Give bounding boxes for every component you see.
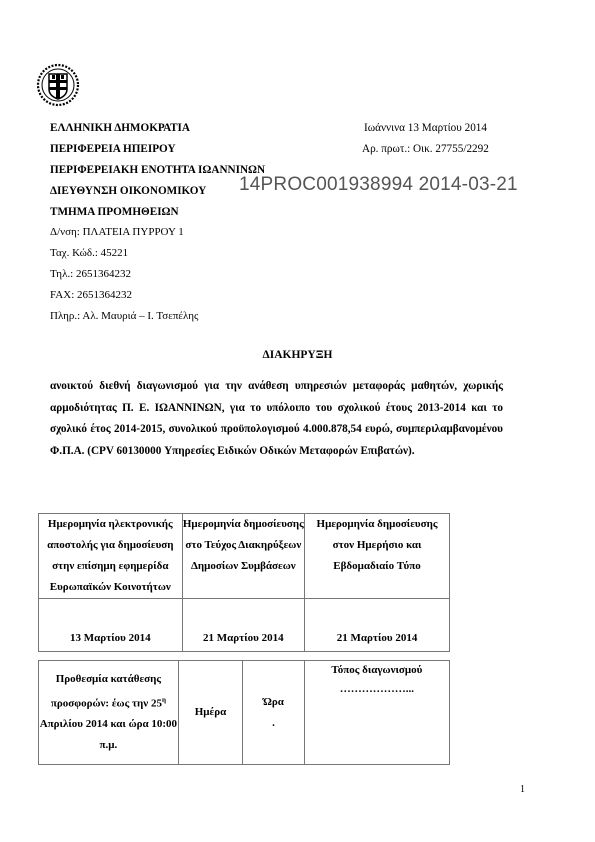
address-fax: FAX: 2651364232 xyxy=(50,288,132,302)
document-title: ΔΙΑΚΗΡΥΞΗ xyxy=(0,349,595,361)
table-cell: 21 Μαρτίου 2014 xyxy=(182,599,304,652)
protocol-number: Αρ. πρωτ.: Οικ. 27755/2292 xyxy=(362,142,489,156)
time-value: . xyxy=(243,713,303,734)
deadline-table: Προθεσμία κατάθεσης προσφορών: έως την 2… xyxy=(38,660,450,765)
header-line-republic: ΕΛΛΗΝΙΚΗ ΔΗΜΟΚΡΑΤΙΑ xyxy=(50,121,190,135)
table-row: Προθεσμία κατάθεσης προσφορών: έως την 2… xyxy=(39,661,450,765)
place-cell: Τόπος διαγωνισμού ………………... xyxy=(304,661,449,765)
body-paragraph: ανοικτού διεθνή διαγωνισμού για την ανάθ… xyxy=(50,376,503,462)
deadline-superscript: η xyxy=(162,696,166,704)
coat-of-arms-icon xyxy=(36,63,80,107)
time-cell: Ώρα . xyxy=(243,661,304,765)
deadline-text-rest: Απριλίου 2014 και ώρα 10:00 π.μ. xyxy=(40,718,177,751)
header-line-department: ΤΜΗΜΑ ΠΡΟΜΗΘΕΙΩΝ xyxy=(50,205,179,219)
place-date: Ιωάννινα 13 Μαρτίου 2014 xyxy=(364,121,487,135)
address-street: Δ/νση: ΠΛΑΤΕΙΑ ΠΥΡΡΟΥ 1 xyxy=(50,225,184,239)
header-line-region: ΠΕΡΙΦΕΡΕΙΑ ΗΠΕΙΡΟΥ xyxy=(50,142,176,156)
document-id-stamp: 14PROC001938994 2014-03-21 xyxy=(239,174,518,196)
deadline-text: Προθεσμία κατάθεσης προσφορών: έως την 2… xyxy=(51,673,162,710)
table-cell: 21 Μαρτίου 2014 xyxy=(305,599,450,652)
header-line-regional-unit: ΠΕΡΙΦΕΡΕΙΑΚΗ ΕΝΟΤΗΤΑ ΙΩΑΝΝΙΝΩΝ xyxy=(50,163,265,177)
address-contact: Πληρ.: Αλ. Μαυριά – Ι. Τσεπέλης xyxy=(50,309,198,323)
header-line-directorate: ΔΙΕΥΘΥΝΣΗ ΟΙΚΟΝΟΜΙΚΟΥ xyxy=(50,184,206,198)
time-label: Ώρα xyxy=(243,692,303,713)
table-cell: 13 Μαρτίου 2014 xyxy=(39,599,183,652)
address-phone: Τηλ.: 2651364232 xyxy=(50,267,131,281)
publication-dates-table: Ημερομηνία ηλεκτρονικής αποστολής για δη… xyxy=(38,513,450,652)
address-postal-code: Ταχ. Κώδ.: 45221 xyxy=(50,246,128,260)
table-header-cell: Ημερομηνία δημοσίευσης στον Ημερήσιο και… xyxy=(305,514,450,599)
day-cell: Ημέρα xyxy=(178,661,243,765)
place-label: Τόπος διαγωνισμού xyxy=(305,661,449,680)
deadline-cell: Προθεσμία κατάθεσης προσφορών: έως την 2… xyxy=(39,661,179,765)
table-header-row: Ημερομηνία ηλεκτρονικής αποστολής για δη… xyxy=(39,514,450,599)
table-header-cell: Ημερομηνία ηλεκτρονικής αποστολής για δη… xyxy=(39,514,183,599)
table-row: 13 Μαρτίου 2014 21 Μαρτίου 2014 21 Μαρτί… xyxy=(39,599,450,652)
place-value: ………………... xyxy=(305,680,449,699)
page-number: 1 xyxy=(520,784,525,795)
table-header-cell: Ημερομηνία δημοσίευσης στο Τεύχος Διακηρ… xyxy=(182,514,304,599)
